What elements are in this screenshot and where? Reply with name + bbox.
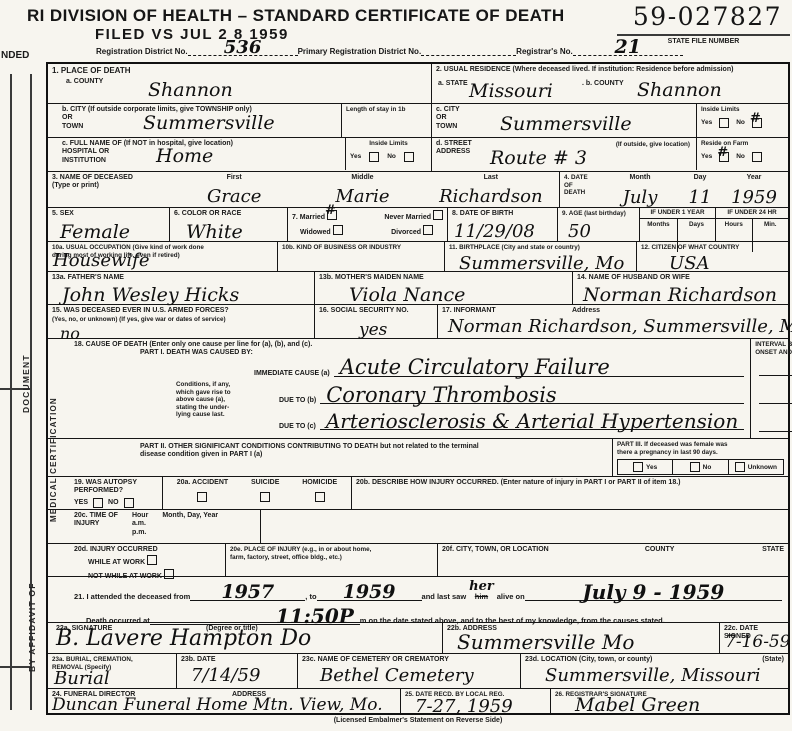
place-of-injury-label: 20e. PLACE OF INJURY (e.g., in or about … — [230, 546, 433, 561]
interval-label: INTERVAL BETWEEN ONSET AND DEATH — [755, 341, 792, 356]
burial-location-value: Summersville, Missouri — [545, 667, 761, 685]
informant-label: 17. INFORMANT — [442, 307, 572, 315]
attended-alive-date: July 9 - 1959 — [582, 584, 724, 600]
age-label: 9. AGE (last birthday) — [562, 210, 635, 218]
residence-state-row: 2. USUAL RESIDENCE (Where deceased lived… — [432, 64, 788, 104]
ssn-value: yes — [359, 322, 433, 339]
residence-county-label: . b. COUNTY — [582, 80, 624, 88]
suicide-checkbox — [260, 492, 270, 502]
birthplace-label: 11. BIRTHPLACE (City and state or countr… — [449, 244, 632, 252]
section-signature: 22a. SIGNATURE (Degree or title) B. Lave… — [48, 623, 443, 653]
section-burial: 23a. BURIAL, CREMATION, REMOVAL (Specify… — [48, 654, 177, 688]
place-hospital-value: Home — [156, 147, 213, 166]
residence-street-hint: (If outside, give location) — [616, 141, 690, 149]
residence-state-label: a. STATE — [438, 80, 468, 88]
death-day-value: 11 — [676, 189, 724, 207]
signature-address-value: Summersville Mo — [457, 632, 634, 652]
section-armed-forces: 15. WAS DECEASED EVER IN U.S. ARMED FORC… — [48, 305, 315, 338]
pregnancy-unknown-label: Unknown — [748, 464, 777, 471]
death-day-header: Day — [676, 174, 724, 182]
interval-column: INTERVAL BETWEEN ONSET AND DEATH — [750, 339, 792, 438]
interval-line-b — [759, 403, 792, 404]
due-to-b-value: Coronary Thrombosis — [326, 387, 557, 404]
row-signature: 22a. SIGNATURE (Degree or title) B. Lave… — [48, 623, 788, 654]
describe-injury-label: 20b. DESCRIBE HOW INJURY OCCURRED. (Ente… — [356, 479, 784, 487]
death-year-header: Year — [724, 174, 784, 182]
burial-state-label: (State) — [762, 656, 784, 664]
attended-prefix: 21. I attended the deceased from — [74, 592, 190, 601]
immediate-cause-value: Acute Circulatory Failure — [340, 359, 610, 376]
burial-value: Burial — [54, 670, 110, 688]
industry-label: 10b. KIND OF BUSINESS OR INDUSTRY — [282, 244, 440, 252]
side-label-by-affidavit-of: BY AFFIDAVIT OF — [27, 552, 37, 702]
row-autopsy-injury: 19. WAS AUTOPSY PERFORMED? YES NO 20a. A… — [48, 477, 788, 510]
pregnancy-yes-label: Yes — [646, 464, 657, 471]
cemetery-label: 23c. NAME OF CEMETERY OR CREMATORY — [302, 656, 516, 664]
homicide-checkbox — [315, 492, 325, 502]
place-city-value: Summersville — [143, 114, 275, 133]
section-ssn: 16. SOCIAL SECURITY NO. yes — [315, 305, 438, 338]
date-received-value: 7-27, 1959 — [415, 698, 513, 716]
birthplace-value: Summersville, Mo — [459, 255, 632, 273]
checkbox-mark: # — [717, 146, 728, 159]
death-time-value: 11:50P — [276, 608, 354, 624]
never-married-label: Never Married — [384, 214, 431, 221]
section-father: 13a. FATHER'S NAME John Wesley Hicks — [48, 272, 315, 304]
attended-to-value: 1959 — [343, 585, 396, 600]
residence-street-value: Route # 3 — [490, 149, 587, 168]
residence-inside-yes-checkbox — [719, 118, 729, 128]
occupation-value: Housewife — [53, 252, 150, 270]
section-time-of-injury: 20c. TIME OF INJURY Hour a.m. p.m. Month… — [48, 510, 261, 543]
row-injury-place: 20d. INJURY OCCURRED WHILE AT WORK NOT W… — [48, 544, 788, 577]
section-mother: 13b. MOTHER'S MAIDEN NAME Viola Nance — [315, 272, 573, 304]
attended-him-struck: him — [475, 592, 488, 601]
section-place-of-injury: 20e. PLACE OF INJURY (e.g., in or about … — [226, 544, 438, 576]
residence-state-value: Missouri — [469, 82, 553, 101]
residence-inside-no-checkbox: # — [752, 118, 762, 128]
armed-forces-label: 15. WAS DECEASED EVER IN U.S. ARMED FORC… — [52, 307, 310, 315]
death-certificate-scan: NDED DOCUMENT MEDICAL CERTIFICATION BY A… — [0, 0, 792, 731]
section-age: 9. AGE (last birthday) 50 — [558, 208, 640, 241]
mother-label: 13b. MOTHER'S MAIDEN NAME — [319, 274, 568, 282]
section-if-under-24-hr: IF UNDER 24 HR Hours Min. — [716, 208, 788, 241]
reside-on-farm-box: Reside on Farm Yes # No — [696, 138, 788, 170]
under-1-year-header: IF UNDER 1 YEAR — [640, 208, 715, 219]
age-value: 50 — [568, 223, 635, 241]
row-place-residence: 1. PLACE OF DEATH a. COUNTY Shannon b. C… — [48, 64, 788, 172]
father-label: 13a. FATHER'S NAME — [52, 274, 310, 282]
injury-occurred-label: 20d. INJURY OCCURRED — [74, 546, 221, 554]
name-middle-header: Middle — [298, 174, 426, 182]
inside-limits-label: Inside Limits — [350, 140, 427, 148]
row-armed-forces: 15. WAS DECEASED EVER IN U.S. ARMED FORC… — [48, 305, 788, 339]
divorced-label: Divorced — [391, 229, 421, 236]
inside-limits-no-checkbox — [404, 152, 414, 162]
due-to-b-label: DUE TO (b) — [279, 397, 320, 404]
attended-from-line: 1957 — [190, 585, 305, 601]
section-funeral-director: 24. FUNERAL DIRECTOR ADDRESS Duncan Fune… — [48, 689, 401, 713]
farm-yes-label: Yes — [701, 153, 712, 160]
homicide-label: HOMICIDE — [292, 479, 347, 487]
residence-city-value: Summersville — [500, 115, 632, 134]
father-value: John Wesley Hicks — [62, 286, 310, 305]
farm-no-checkbox — [752, 152, 762, 162]
married-checkbox: # — [327, 210, 337, 220]
cemetery-value: Bethel Cemetery — [320, 667, 474, 685]
row-funeral-director: 24. FUNERAL DIRECTOR ADDRESS Duncan Fune… — [48, 689, 788, 713]
section-industry: 10b. KIND OF BUSINESS OR INDUSTRY — [278, 242, 445, 271]
reg-district-label: Registration District No. — [96, 47, 188, 56]
time-of-injury-blank — [261, 510, 788, 543]
section-if-under-1-year: IF UNDER 1 YEAR Months Days — [640, 208, 716, 241]
registrar-no-label: Registrar's No. — [516, 47, 573, 56]
date-of-death-label: 4. DATE OF DEATH — [564, 174, 604, 205]
interval-line-c — [759, 431, 792, 432]
name-last-header: Last — [427, 174, 555, 182]
under-24-hr-header: IF UNDER 24 HR — [716, 208, 788, 219]
part3-checkbox-strip: Yes No Unknown — [617, 459, 784, 475]
place-title: 1. PLACE OF DEATH — [52, 66, 427, 76]
section-describe-injury: 20b. DESCRIBE HOW INJURY OCCURRED. (Ente… — [352, 477, 788, 509]
death-month-value: July — [604, 189, 676, 207]
widowed-label: Widowed — [300, 229, 331, 236]
section-registrar-signature: 26. REGISTRAR'S SIGNATURE Mabel Green — [551, 689, 788, 713]
pregnancy-yes-checkbox — [633, 462, 643, 472]
accident-checkbox — [197, 492, 207, 502]
state-file-label: STATE FILE NUMBER — [617, 38, 790, 46]
informant-value: Norman Richardson, Summersville, Mo — [448, 318, 792, 336]
name-middle-value: Marie — [298, 188, 426, 206]
attended-saw-label: and last saw — [422, 592, 467, 601]
signature-value: B. Lavere Hampton Do — [56, 628, 311, 650]
row-part2-part3: PART II. OTHER SIGNIFICANT CONDITIONS CO… — [48, 439, 788, 477]
armed-forces-hint: (Yes, no, or unknown) (If yes, give war … — [52, 316, 310, 324]
pregnancy-no-checkbox — [690, 462, 700, 472]
injury-state-label: STATE — [711, 546, 784, 574]
autopsy-no-checkbox — [124, 498, 134, 508]
citizen-label: 12. CITIZEN OF WHAT COUNTRY — [641, 244, 784, 252]
registrar-signature-value: Mabel Green — [575, 696, 700, 715]
residence-city-row: c. CITY OR TOWN Summersville Inside Limi… — [432, 104, 788, 138]
section-spouse: 14. NAME OF HUSBAND OR WIFE Norman Richa… — [573, 272, 788, 304]
attended-alive-line: July 9 - 1959 — [525, 584, 782, 601]
race-label: 6. COLOR OR RACE — [174, 210, 283, 218]
cause-conditions-note: Conditions, if any, which gave rise to a… — [176, 381, 246, 419]
date-signed-value: 7-16-59 — [725, 634, 791, 651]
length-of-stay-box: Length of stay in 1b — [341, 104, 431, 137]
row-cause-of-death: INTERVAL BETWEEN ONSET AND DEATH 18. CAU… — [48, 339, 788, 439]
section-date-of-birth: 8. DATE OF BIRTH 11/29/08 — [448, 208, 558, 241]
row-sex-race-age: 5. SEX Female 6. COLOR OR RACE White 7. … — [48, 208, 788, 242]
attended-from-value: 1957 — [221, 585, 274, 600]
name-last-value: Richardson — [427, 188, 555, 206]
date-of-birth-label: 8. DATE OF BIRTH — [452, 210, 553, 218]
married-label: 7. Married — [292, 214, 325, 221]
race-value: White — [186, 223, 283, 242]
margin-partial-text: NDED — [1, 50, 29, 62]
sex-label: 5. SEX — [52, 210, 165, 218]
injury-county-label: COUNTY — [608, 546, 712, 574]
part2-label: PART II. OTHER SIGNIFICANT CONDITIONS CO… — [140, 443, 608, 460]
section-date-signed: 22c. DATE SIGNED 7-16-59 — [720, 623, 788, 653]
section-occupation: 10a. USUAL OCCUPATION (Give kind of work… — [48, 242, 278, 271]
autopsy-label: 19. WAS AUTOPSY PERFORMED? — [74, 479, 158, 496]
residence-title: 2. USUAL RESIDENCE (Where deceased lived… — [436, 66, 784, 74]
section-cemetery: 23c. NAME OF CEMETERY OR CREMATORY Bethe… — [298, 654, 521, 688]
section-cause-of-death: INTERVAL BETWEEN ONSET AND DEATH 18. CAU… — [48, 339, 792, 438]
margin-line — [10, 74, 12, 710]
side-label-document: DOCUMENT — [21, 332, 31, 436]
funeral-director-value: Duncan Funeral Home Mtn. View, Mo. — [52, 697, 383, 714]
residence-county-value: Shannon — [637, 81, 722, 100]
row-occupation: 10a. USUAL OCCUPATION (Give kind of work… — [48, 242, 788, 272]
residence-inside-limits-label: Inside Limits — [701, 106, 784, 114]
embalmer-footer-note: (Licensed Embalmer's Statement on Revers… — [46, 717, 790, 725]
checkbox-mark: # — [325, 204, 336, 217]
section-citizen: 12. CITIZEN OF WHAT COUNTRY USA — [637, 242, 788, 271]
row-parents: 13a. FATHER'S NAME John Wesley Hicks 13b… — [48, 272, 788, 305]
place-hospital-row: c. FULL NAME OF (If NOT in hospital, giv… — [48, 138, 431, 170]
row-name-date: 3. NAME OF DECEASED (Type or print) Firs… — [48, 172, 788, 208]
burial-location-label: 23d. LOCATION (City, town, or county) — [525, 656, 652, 664]
row-burial: 23a. BURIAL, CREMATION, REMOVAL (Specify… — [48, 654, 788, 689]
section-injury-occurred: 20d. INJURY OCCURRED WHILE AT WORK NOT W… — [48, 544, 226, 576]
while-at-work-label: WHILE AT WORK — [88, 559, 145, 566]
reg-district-value: 536 — [224, 41, 262, 55]
state-file-rule — [617, 34, 790, 36]
registration-line: Registration District No. 536 Primary Re… — [96, 40, 696, 56]
sex-value: Female — [60, 223, 165, 242]
row-time-of-injury: 20c. TIME OF INJURY Hour a.m. p.m. Month… — [48, 510, 788, 544]
place-inside-limits-box: Inside Limits Yes No — [345, 138, 431, 170]
divorced-checkbox — [423, 225, 433, 235]
section-date-received: 25. DATE RECD. BY LOCAL REG. 7-27, 1959 — [401, 689, 551, 713]
reg-district-fill: 536 — [188, 41, 298, 56]
cause-title: 18. CAUSE OF DEATH (Enter only one cause… — [74, 341, 744, 349]
inside-limits-no-label: No — [387, 153, 396, 160]
section-autopsy: 19. WAS AUTOPSY PERFORMED? YES NO — [48, 477, 163, 509]
place-county-value: Shannon — [148, 81, 233, 100]
attended-to-label: , to — [305, 592, 316, 601]
primary-district-fill — [421, 55, 516, 56]
reside-on-farm-label: Reside on Farm — [701, 140, 784, 148]
section-place-of-death: 1. PLACE OF DEATH a. COUNTY Shannon b. C… — [48, 64, 432, 171]
suicide-label: SUICIDE — [238, 479, 293, 487]
injury-city-label: 20f. CITY, TOWN, OR LOCATION — [442, 546, 608, 574]
primary-district-label: Primary Registration District No. — [298, 47, 422, 56]
due-to-b-line: Coronary Thrombosis — [320, 387, 744, 405]
length-of-stay-label: Length of stay in 1b — [346, 106, 427, 114]
part3-label: PART III. If deceased was female was the… — [617, 441, 784, 456]
farm-no-label: No — [736, 153, 745, 160]
death-month-header: Month — [604, 174, 676, 182]
due-to-c-line: Arteriosclerosis & Arterial Hypertension — [320, 413, 744, 430]
hour-am-pm-label: Hour a.m. p.m. — [132, 512, 148, 541]
burial-date-value: 7/14/59 — [191, 667, 260, 685]
autopsy-yes-checkbox — [93, 498, 103, 508]
attended-alive-label: alive on — [497, 592, 525, 601]
place-county-row: 1. PLACE OF DEATH a. COUNTY Shannon — [48, 64, 431, 104]
section-usual-residence: 2. USUAL RESIDENCE (Where deceased lived… — [432, 64, 788, 171]
spouse-label: 14. NAME OF HUSBAND OR WIFE — [577, 274, 784, 282]
farm-yes-checkbox: # — [719, 152, 729, 162]
checkbox-mark: # — [750, 112, 761, 125]
section-part3-pregnancy: PART III. If deceased was female was the… — [612, 439, 788, 476]
section-burial-location: 23d. LOCATION (City, town, or county) (S… — [521, 654, 788, 688]
attended-to-line: 1959 — [317, 585, 422, 601]
pregnancy-unknown-checkbox — [735, 462, 745, 472]
widowed-checkbox — [333, 225, 343, 235]
spouse-value: Norman Richardson — [583, 286, 784, 305]
autopsy-yes-label: YES — [74, 499, 88, 506]
informant-address-header: Address — [572, 307, 600, 315]
due-to-c-value: Arteriosclerosis & Arterial Hypertension — [326, 413, 738, 429]
interval-line-a — [759, 375, 792, 376]
section-marital-status: 7. Married # Never Married Widowed Divor… — [288, 208, 448, 241]
place-county-label: a. COUNTY — [66, 78, 427, 86]
certificate-form: 1. PLACE OF DEATH a. COUNTY Shannon b. C… — [46, 62, 790, 715]
section-burial-date: 23b. DATE 7/14/59 — [177, 654, 298, 688]
section-birthplace: 11. BIRTHPLACE (City and state or countr… — [445, 242, 637, 271]
inside-limits-yes-checkbox — [369, 152, 379, 162]
accident-label: 20a. ACCIDENT — [167, 479, 238, 487]
mother-value: Viola Nance — [349, 286, 568, 305]
time-of-injury-label: 20c. TIME OF INJURY — [74, 512, 118, 541]
section-name-of-deceased: 3. NAME OF DECEASED (Type or print) Firs… — [48, 172, 560, 207]
residence-inside-yes-label: Yes — [701, 119, 712, 126]
row-attended-statement: 21. I attended the deceased from 1957 , … — [48, 577, 788, 623]
autopsy-no-label: NO — [108, 499, 119, 506]
section-color-race: 6. COLOR OR RACE White — [170, 208, 288, 241]
place-city-row: b. CITY (If outside corporate limits, gi… — [48, 104, 431, 138]
name-first-value: Grace — [170, 188, 298, 206]
residence-street-row: d. STREET ADDRESS (If outside, give loca… — [432, 138, 788, 170]
citizen-value: USA — [669, 255, 784, 273]
never-married-checkbox — [433, 210, 443, 220]
section-injury-city: 20f. CITY, TOWN, OR LOCATION COUNTY STAT… — [438, 544, 788, 576]
burial-date-label: 23b. DATE — [181, 656, 293, 664]
state-file-number: 59-027827 — [625, 2, 790, 31]
while-at-work-checkbox — [147, 555, 157, 565]
residence-inside-no-label: No — [736, 119, 745, 126]
due-to-c-label: DUE TO (c) — [279, 423, 320, 430]
ssn-label: 16. SOCIAL SECURITY NO. — [319, 307, 433, 315]
section-sex: 5. SEX Female — [48, 208, 170, 241]
residence-inside-limits-box: Inside Limits Yes No # — [696, 104, 788, 137]
section-signature-address: 22b. ADDRESS Summersville Mo — [443, 623, 720, 653]
pregnancy-no-label: No — [703, 464, 712, 471]
section-accident-suicide-homicide: 20a. ACCIDENT SUICIDE HOMICIDE — [163, 477, 352, 509]
name-first-header: First — [170, 174, 298, 182]
immediate-cause-label: IMMEDIATE CAUSE (a) — [254, 370, 334, 377]
immediate-cause-line: Acute Circulatory Failure — [334, 359, 745, 377]
date-of-birth-value: 11/29/08 — [454, 223, 553, 241]
month-day-year-label: Month, Day, Year — [162, 512, 218, 541]
section-informant: 17. INFORMANT Address Norman Richardson,… — [438, 305, 788, 338]
section-part2: PART II. OTHER SIGNIFICANT CONDITIONS CO… — [48, 439, 612, 476]
section-date-of-death: 4. DATE OF DEATH Month July Day 11 Year … — [560, 172, 788, 207]
name-label: 3. NAME OF DECEASED (Type or print) — [52, 174, 170, 205]
certificate-title: RI DIVISION OF HEALTH – STANDARD CERTIFI… — [27, 6, 607, 26]
death-year-value: 1959 — [724, 189, 784, 207]
inside-limits-yes-label: Yes — [350, 153, 361, 160]
